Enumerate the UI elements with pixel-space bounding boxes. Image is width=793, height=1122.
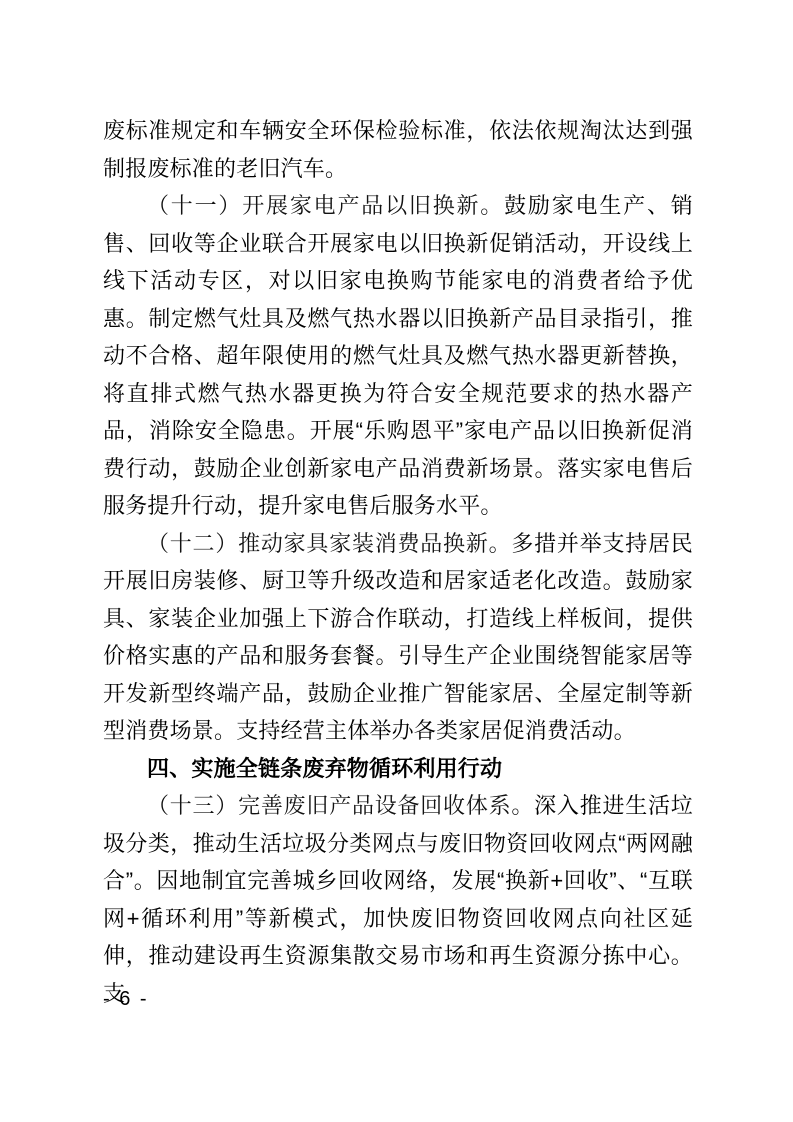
item-12-title: （十二）推动家具家装消费品换新。 (147, 531, 511, 556)
paragraph-continuation: 废标准规定和车辆安全环保检验标准，依法依规淘汰达到强制报废标准的老旧汽车。 (103, 112, 693, 187)
document-page: 废标准规定和车辆安全环保检验标准，依法依规淘汰达到强制报废标准的老旧汽车。 （十… (0, 0, 793, 1122)
paragraph-item-12: （十二）推动家具家装消费品换新。多措并举支持居民开展旧房装修、厨卫等升级改造和居… (103, 525, 693, 750)
document-text-block: 废标准规定和车辆安全环保检验标准，依法依规淘汰达到强制报废标准的老旧汽车。 （十… (103, 112, 693, 1012)
paragraph-item-11: （十一）开展家电产品以旧换新。鼓励家电生产、销售、回收等企业联合开展家电以旧换新… (103, 187, 693, 525)
item-13-title: （十三）完善废旧产品设备回收体系。 (147, 793, 534, 818)
section-heading-4: 四、实施全链条废弃物循环利用行动 (103, 750, 693, 788)
paragraph-continuation-text: 废标准规定和车辆安全环保检验标准，依法依规淘汰达到强制报废标准的老旧汽车。 (103, 118, 693, 181)
page-number: - 6 - (103, 988, 149, 1011)
paragraph-item-13: （十三）完善废旧产品设备回收体系。深入推进生活垃圾分类，推动生活垃圾分类网点与废… (103, 787, 693, 1012)
item-11-title: （十一）开展家电产品以旧换新。 (147, 193, 504, 218)
item-11-body: 鼓励家电生产、销售、回收等企业联合开展家电以旧换新促销活动，开设线上线下活动专区… (103, 193, 693, 518)
item-13-body: 深入推进生活垃圾分类，推动生活垃圾分类网点与废旧物资回收网点“两网融合”。因地制… (103, 793, 693, 1006)
item-12-body: 多措并举支持居民开展旧房装修、厨卫等升级改造和居家适老化改造。鼓励家具、家装企业… (103, 531, 693, 744)
section-heading-4-text: 四、实施全链条废弃物循环利用行动 (147, 756, 502, 781)
